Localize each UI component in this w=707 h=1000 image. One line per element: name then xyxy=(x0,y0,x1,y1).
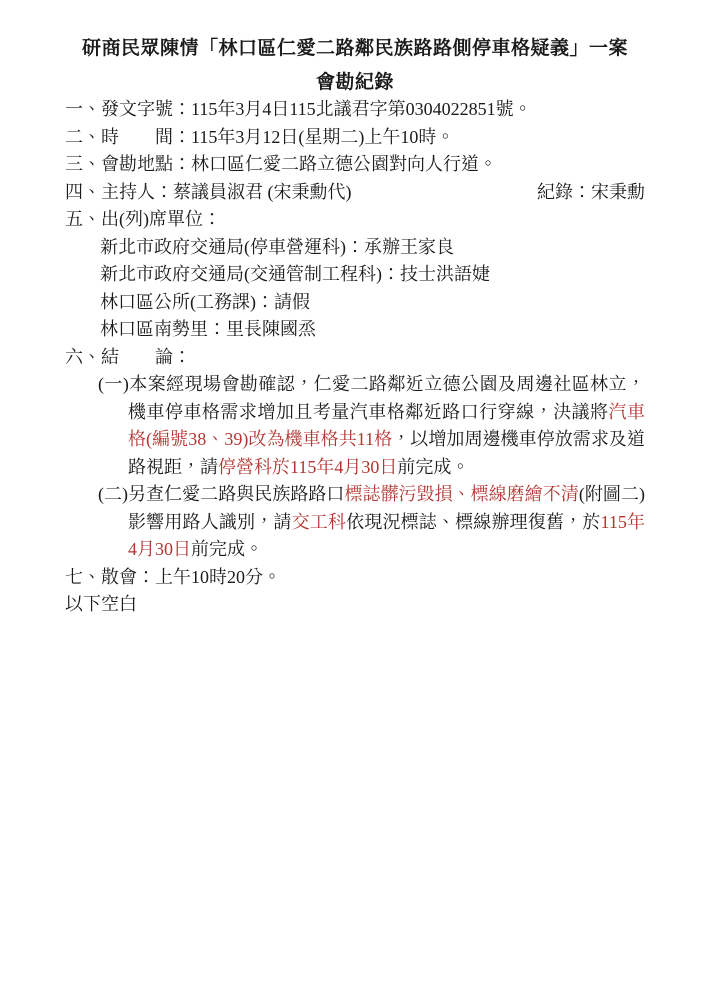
item-location-text: 會勘地點：林口區仁愛二路立德公園對向人行道。 xyxy=(101,154,497,174)
plain-text: 依現況標誌、標線辦理復舊，於 xyxy=(346,512,600,532)
item-time: 二、時 間：115年3月12日(星期二)上午10時。 xyxy=(65,124,645,152)
item-time-text: 時 間：115年3月12日(星期二)上午10時。 xyxy=(101,127,454,147)
item-attendee-units-label: 五、 xyxy=(65,209,101,229)
highlight-text: 停營科於115年4月30日 xyxy=(218,457,397,477)
below-blank-note: 以下空白 xyxy=(65,591,645,619)
document-title: 研商民眾陳情「林口區仁愛二路鄰民族路路側停車格疑義」一案 會勘紀錄 xyxy=(65,32,645,100)
highlight-text: 標誌髒污毀損、標線磨繪不清 xyxy=(344,484,578,504)
item-adjourn-text: 散會：上午10時20分。 xyxy=(101,567,281,587)
conclusion-2-marker: (二) xyxy=(98,484,128,504)
item-host: 四、主持人：蔡議員淑君 (宋秉勳代) 紀錄：宋秉勳 xyxy=(65,179,645,207)
conclusion-item-2: (二)另查仁愛二路與民族路路口標誌髒污毀損、標線磨繪不清(附圖二)影響用路人識別… xyxy=(128,481,645,564)
item-conclusion-heading: 六、結 論： xyxy=(65,344,645,372)
document-title-line2: 會勘紀錄 xyxy=(65,66,645,100)
recorder-label: 紀錄：宋秉勳 xyxy=(537,179,645,207)
conclusion-item-1: (一)本案經現場會勘確認，仁愛二路鄰近立德公園及周邊社區林立，機車停車格需求增加… xyxy=(128,371,645,481)
document-title-line1: 研商民眾陳情「林口區仁愛二路鄰民族路路側停車格疑義」一案 xyxy=(65,32,645,66)
item-host-label: 四、 xyxy=(65,182,101,202)
conclusion-2-text: 另查仁愛二路與民族路路口標誌髒污毀損、標線磨繪不清(附圖二)影響用路人識別，請交… xyxy=(128,484,645,559)
item-attendee-units: 五、出(列)席單位： xyxy=(65,206,645,234)
plain-text: 本案經現場會勘確認，仁愛二路鄰近立德公園及周邊社區林立，機車停車格需求增加且考量… xyxy=(128,374,645,422)
attendee-line: 新北市政府交通局(交通管制工程科)：技士洪語婕 xyxy=(100,261,645,289)
item-adjourn: 七、散會：上午10時20分。 xyxy=(65,564,645,592)
item-time-label: 二、 xyxy=(65,127,101,147)
item-host-text: 主持人：蔡議員淑君 (宋秉勳代) xyxy=(101,182,352,202)
attendee-line: 林口區南勢里：里長陳國烝 xyxy=(100,316,645,344)
item-location: 三、會勘地點：林口區仁愛二路立德公園對向人行道。 xyxy=(65,151,645,179)
attendee-line: 林口區公所(工務課)：請假 xyxy=(100,289,645,317)
plain-text: 前完成。 xyxy=(191,539,263,559)
item-attendee-units-text: 出(列)席單位： xyxy=(101,209,221,229)
plain-text: 前完成。 xyxy=(397,457,469,477)
item-host-left: 四、主持人：蔡議員淑君 (宋秉勳代) xyxy=(65,179,352,207)
item-doc-number-label: 一、 xyxy=(65,99,101,119)
item-conclusion-text: 結 論： xyxy=(101,347,191,367)
item-conclusion-label: 六、 xyxy=(65,347,101,367)
plain-text: 另查仁愛二路與民族路路口 xyxy=(128,484,344,504)
item-adjourn-label: 七、 xyxy=(65,567,101,587)
document-body: 一、發文字號：115年3月4日115北議君字第0304022851號。 二、時 … xyxy=(65,96,645,619)
item-location-label: 三、 xyxy=(65,154,101,174)
document-page: 研商民眾陳情「林口區仁愛二路鄰民族路路側停車格疑義」一案 會勘紀錄 一、發文字號… xyxy=(0,0,707,1000)
conclusion-1-marker: (一) xyxy=(98,374,129,394)
attendee-line: 新北市政府交通局(停車營運科)：承辦王家良 xyxy=(100,234,645,262)
conclusion-1-text: 本案經現場會勘確認，仁愛二路鄰近立德公園及周邊社區林立，機車停車格需求增加且考量… xyxy=(128,374,645,477)
item-doc-number: 一、發文字號：115年3月4日115北議君字第0304022851號。 xyxy=(65,96,645,124)
highlight-text: 交工科 xyxy=(292,512,347,532)
item-doc-number-text: 發文字號：115年3月4日115北議君字第0304022851號。 xyxy=(101,99,532,119)
